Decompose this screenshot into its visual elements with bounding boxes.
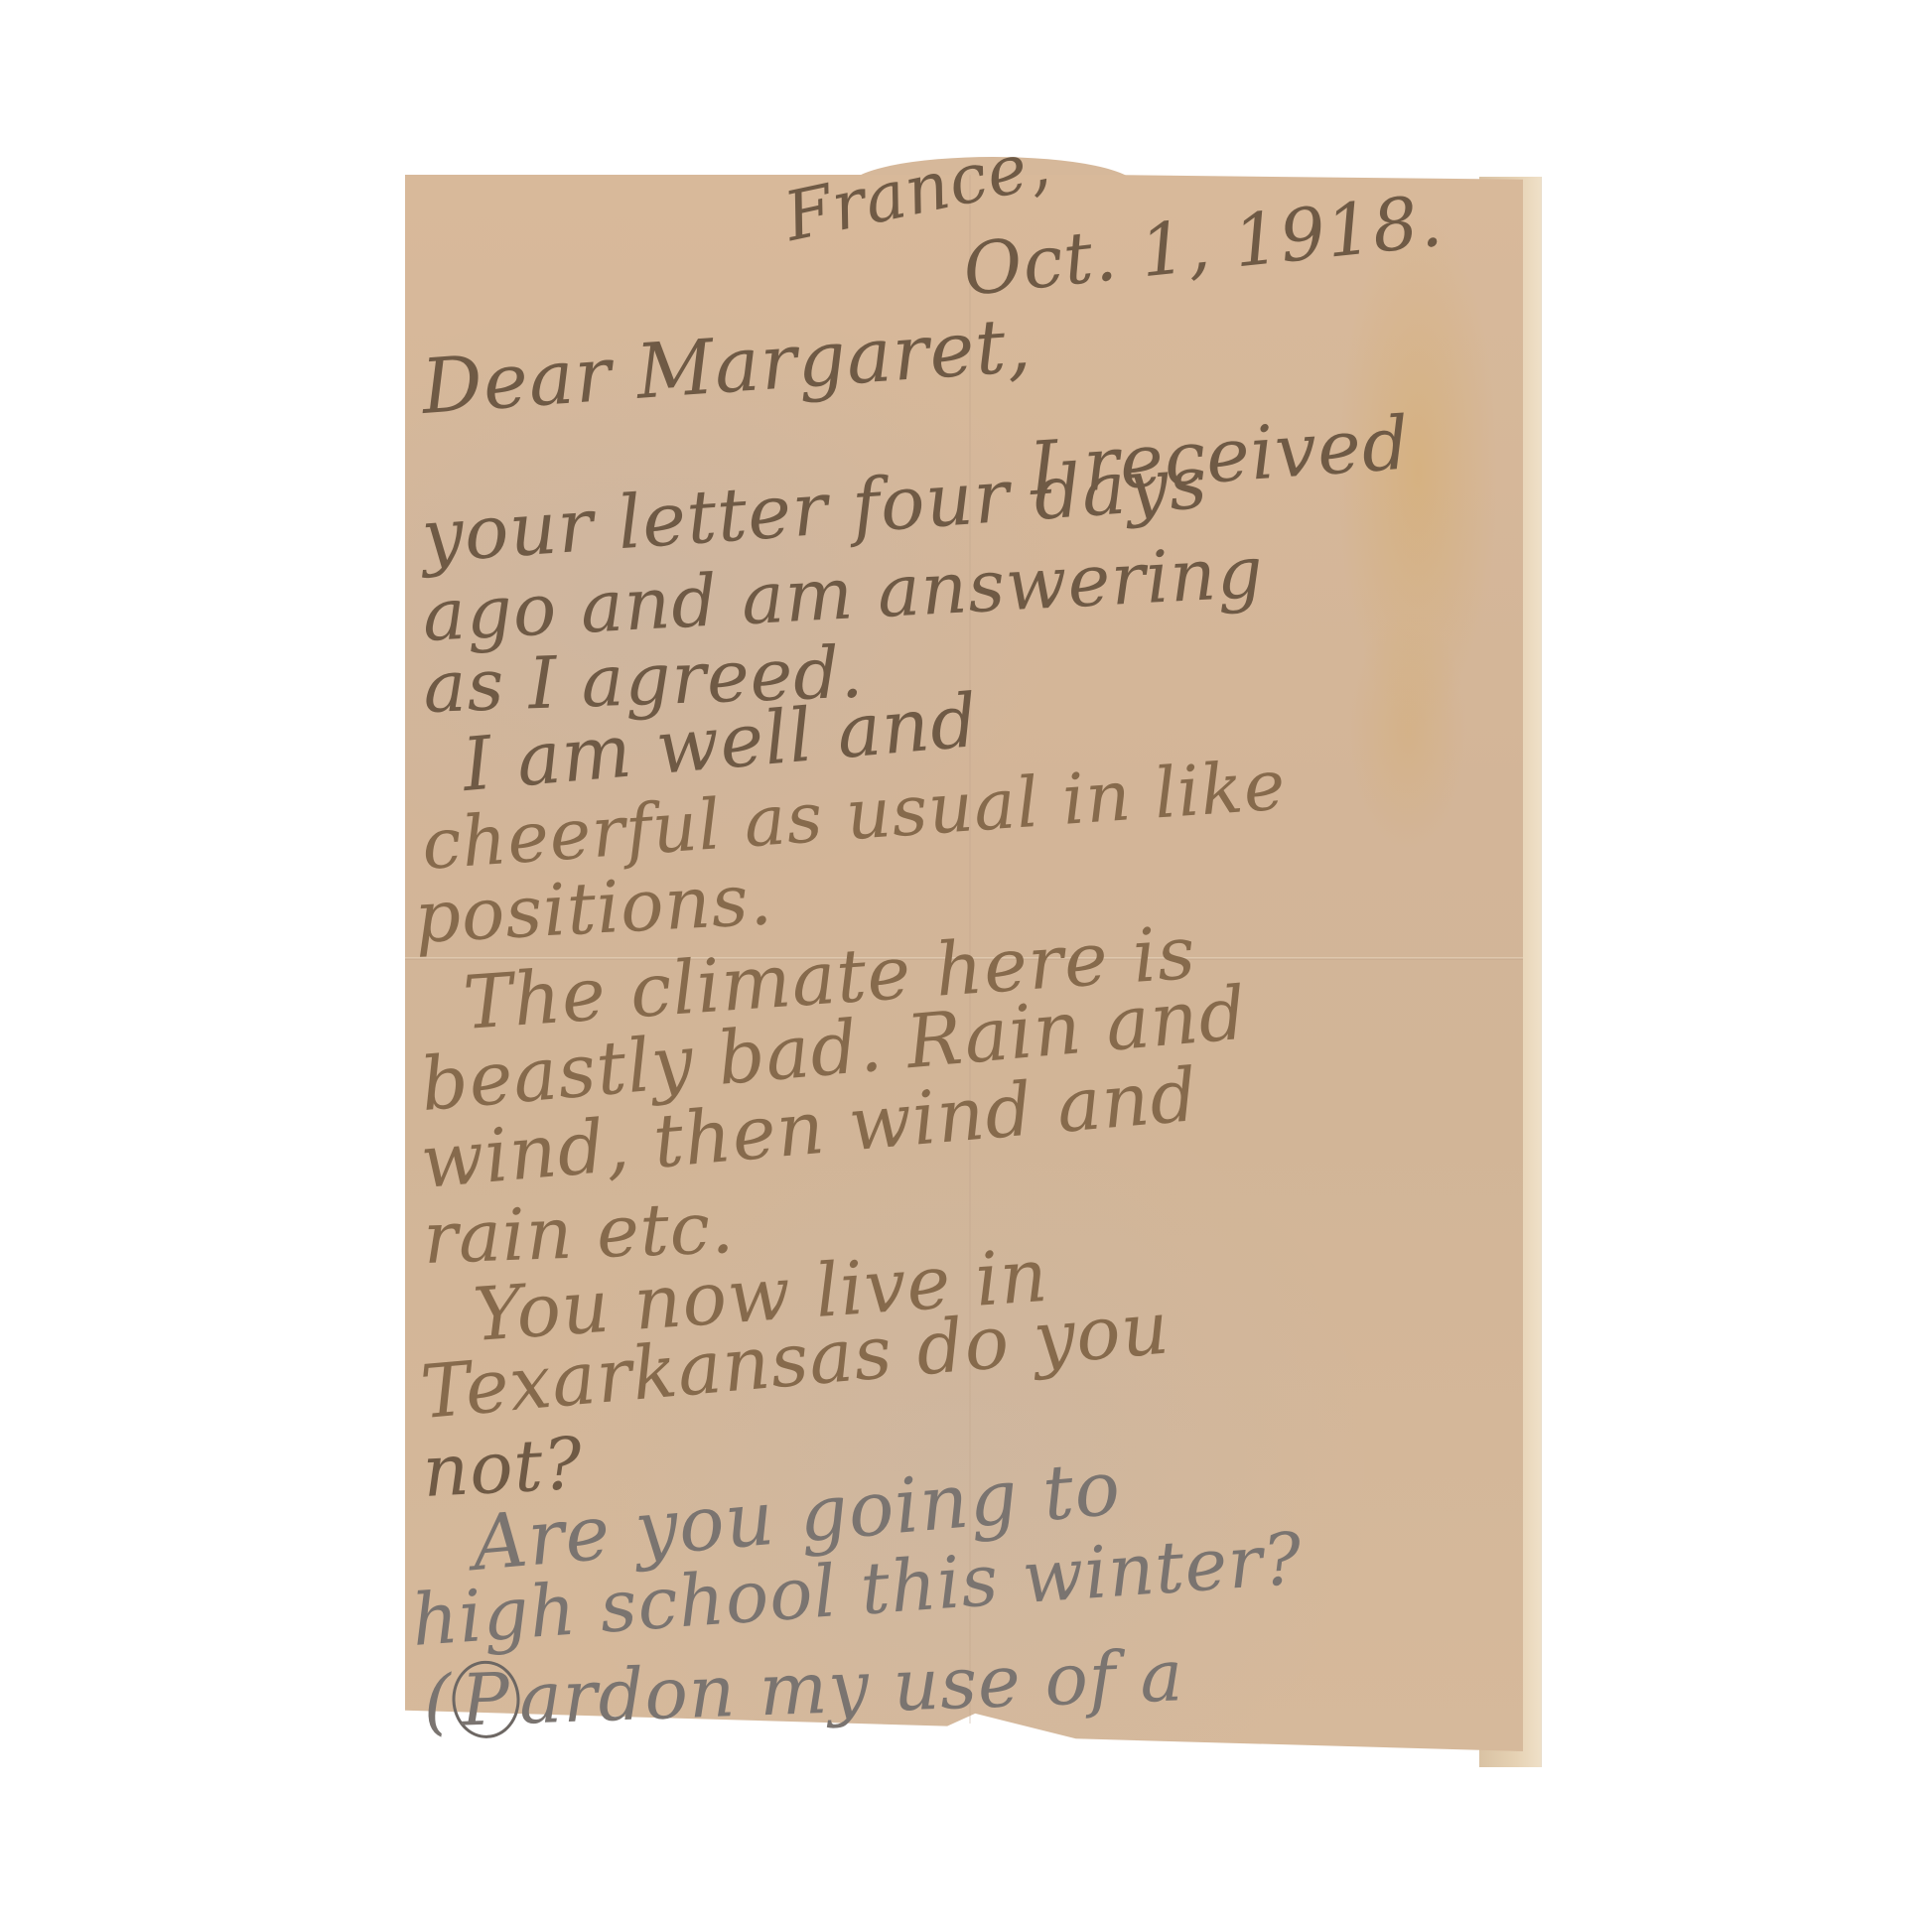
open-parenthesis: ( — [422, 1659, 454, 1743]
circled-letter: P — [451, 1660, 520, 1739]
